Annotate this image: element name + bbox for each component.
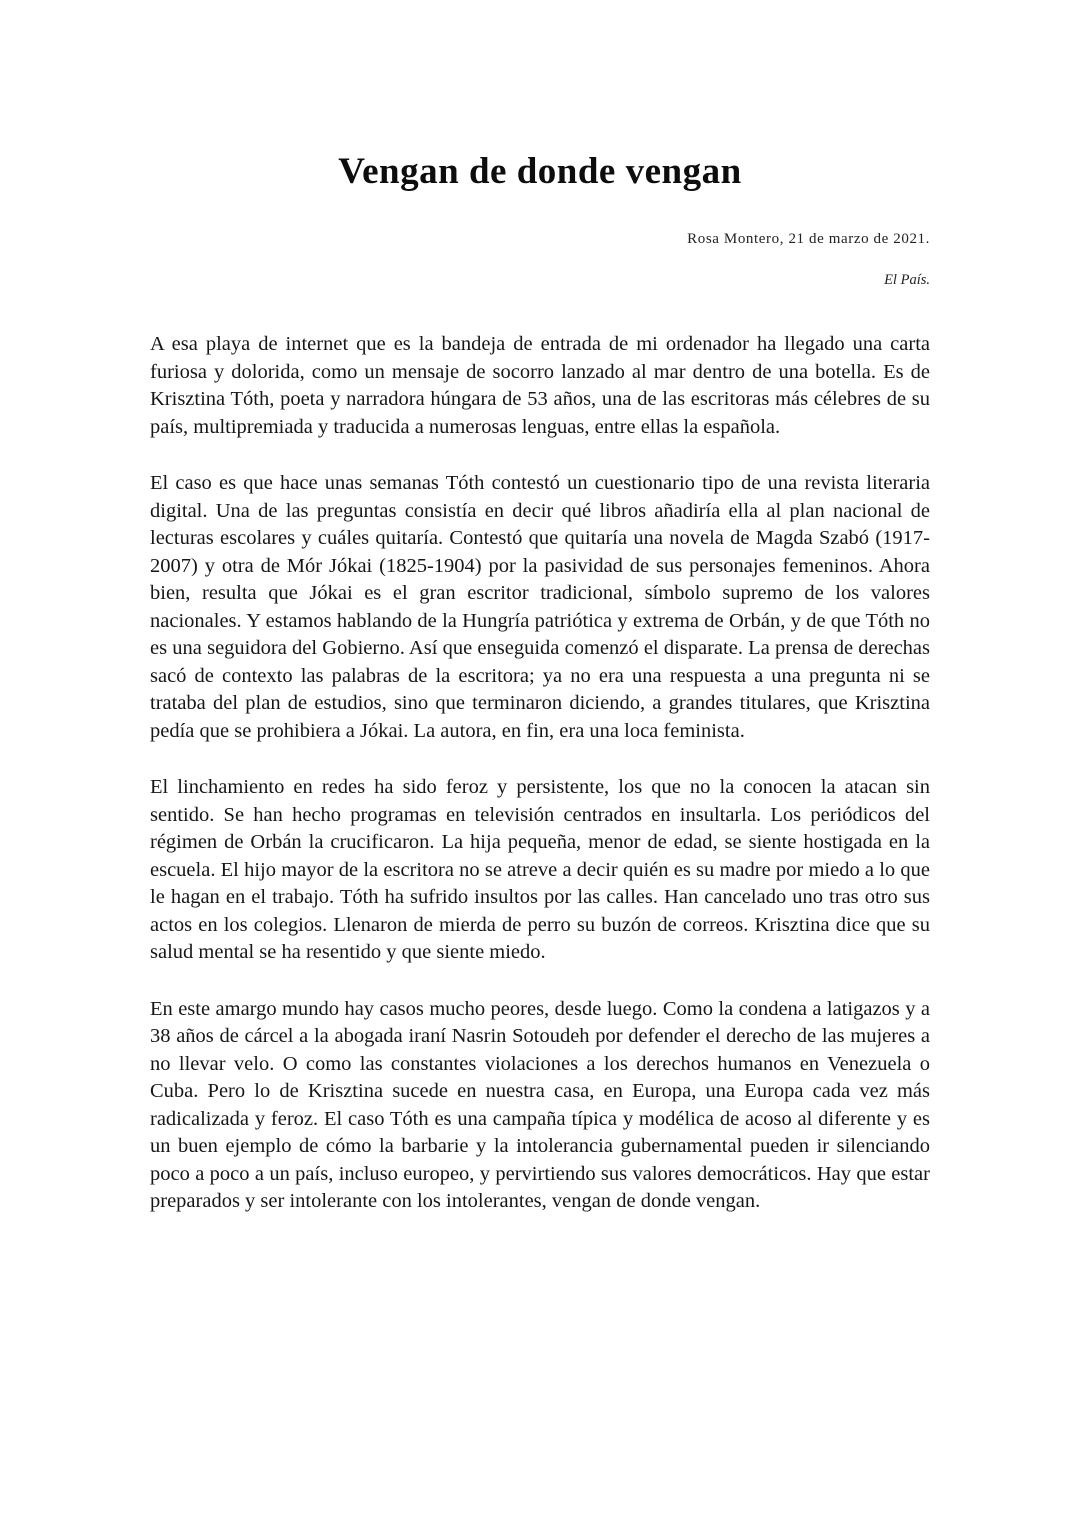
article-paragraph: En este amargo mundo hay casos mucho peo…: [150, 996, 930, 1216]
article-paragraph: El caso es que hace unas semanas Tóth co…: [150, 470, 930, 745]
article-content: Vengan de donde vengan Rosa Montero, 21 …: [0, 0, 1080, 1216]
article-byline: Rosa Montero, 21 de marzo de 2021.: [150, 231, 930, 248]
article-body: A esa playa de internet que es la bandej…: [150, 331, 930, 1216]
article-paragraph: El linchamiento en redes ha sido feroz y…: [150, 774, 930, 967]
article-title: Vengan de donde vengan: [150, 150, 930, 193]
document-page: Vengan de donde vengan Rosa Montero, 21 …: [0, 0, 1080, 1527]
article-source: El País.: [150, 272, 930, 289]
article-paragraph: A esa playa de internet que es la bandej…: [150, 331, 930, 441]
